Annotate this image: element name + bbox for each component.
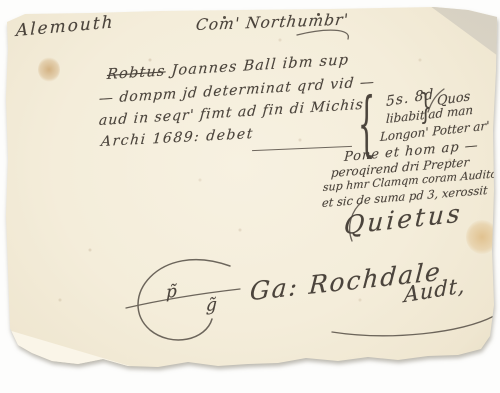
manuscript-scan: Alemouth Com' Northumbr' Robtus Joannes … bbox=[0, 0, 500, 393]
examination-mark-p: p̃ bbox=[166, 281, 177, 303]
place-name: Alemouth bbox=[16, 12, 115, 41]
debet-rule-line bbox=[252, 146, 352, 151]
paper-shadow: Alemouth Com' Northumbr' Robtus Joannes … bbox=[0, 0, 500, 393]
signature-underline-swash bbox=[332, 316, 494, 336]
county-swash bbox=[297, 30, 348, 39]
body-line-4: Archi 1689: debet bbox=[100, 126, 254, 150]
struck-word: Robtus bbox=[106, 63, 166, 83]
ink-stain-left bbox=[38, 57, 60, 82]
body-line-1-rest: Joannes Ball ibm sup bbox=[165, 52, 350, 79]
manuscript-paper: Alemouth Com' Northumbr' Robtus Joannes … bbox=[0, 0, 500, 393]
county-heading: Com' Northumbr' bbox=[195, 11, 350, 34]
ink-stain-right bbox=[466, 220, 498, 254]
examination-mark-g: g̃ bbox=[206, 295, 218, 316]
exam-crossbar bbox=[126, 289, 240, 308]
